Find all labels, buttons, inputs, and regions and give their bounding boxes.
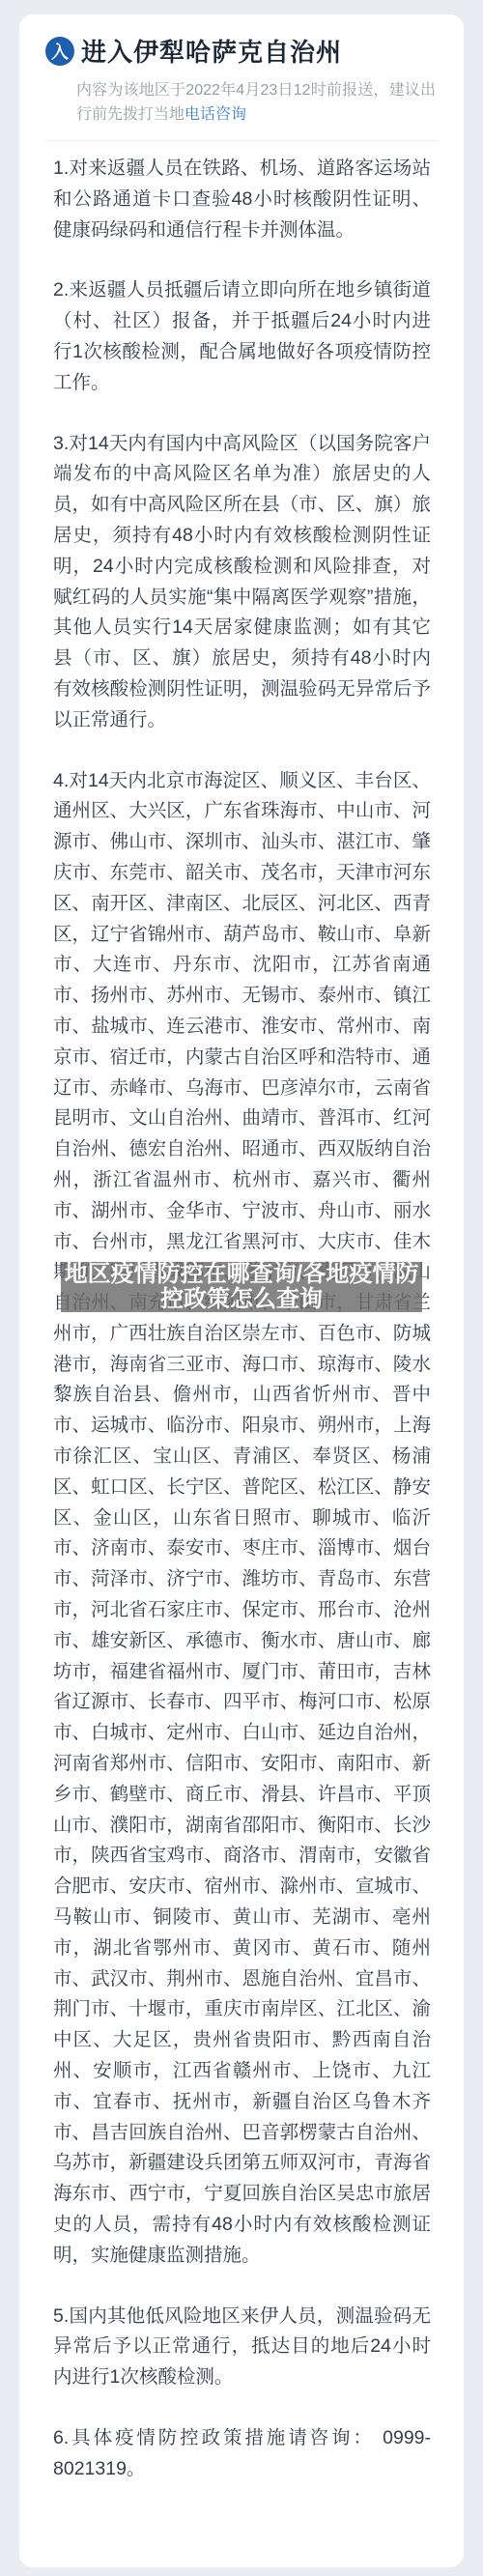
enter-icon: 入 [45,37,74,66]
contact-suffix: 。 [127,2458,146,2479]
page-title: 进入伊犁哈萨克自治州 [81,33,342,69]
policy-paragraph-5: 5.国内其他低风险地区来伊人员，测温验码无异常后予以正常通行，抵达目的地后24小… [53,2302,431,2393]
phone-consult-link[interactable]: 电话咨询 [185,106,246,123]
watermark-line-2: 控政策怎么查询 [61,1287,422,1312]
policy-paragraph-4: 4.对14天内北京市海淀区、顺义区、丰台区、通州区、大兴区，广东省珠海市、中山市… [53,766,431,2272]
contact-prefix: 6.具体疫情防控政策措施请咨询： [53,2427,383,2448]
policy-paragraph-1: 1.对来返疆人员在铁路、机场、道路客运场站和公路通道卡口查验48小时核酸阴性证明… [53,154,431,245]
enter-icon-glyph: 入 [51,39,69,64]
watermark-overlay: 地区疫情防控在哪查询/各地疫情防 控政策怎么查询 [61,1262,422,1312]
watermark-line-1: 地区疫情防控在哪查询/各地疫情防 [61,1262,422,1287]
policy-paragraph-3: 3.对14天内有国内中高风险区（以国务院客户端发布的中高风险区名单为准）旅居史的… [53,429,431,736]
notice-text: 内容为该地区于2022年4月23日12时前报送，建议出行前先拨打当地 [76,82,436,123]
page: 入 进入伊犁哈萨克自治州 内容为该地区于2022年4月23日12时前报送，建议出… [0,0,483,2576]
policy-body: 1.对来返疆人员在铁路、机场、道路客运场站和公路通道卡口查验48小时核酸阴性证明… [45,141,438,2485]
policy-paragraph-2: 2.来返疆人员抵疆后请立即向所在地乡镇街道（村、社区）报备，并于抵疆后24小时内… [53,275,431,398]
report-notice: 内容为该地区于2022年4月23日12时前报送，建议出行前先拨打当地电话咨询 [76,78,436,127]
policy-paragraph-6: 6.具体疫情防控政策措施请咨询： 0999-8021319。 [53,2423,431,2485]
card-header: 入 进入伊犁哈萨克自治州 [45,33,438,69]
